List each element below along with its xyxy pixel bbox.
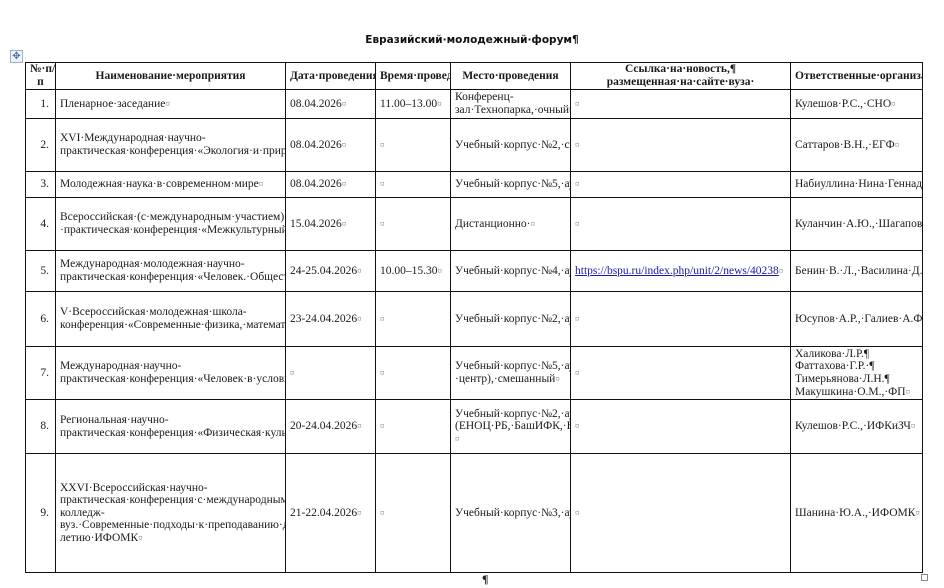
cell-date-text: 23-24.04.2026 <box>290 313 357 325</box>
header-link: Ссылка·на·новость,¶ размещенная·на·сайте… <box>571 63 791 90</box>
cell-date: 23-24.04.2026¤ <box>286 292 376 347</box>
cell-name-text: XXVI·Всероссийская·научно-практическая·к… <box>60 482 286 544</box>
cell-organizers: Куланчин·А.Ю.,·Шагапова·Г.·Р.,·ФБФ¤ <box>791 198 923 251</box>
cell-place-text: Учебный·корпус·№4,·ауд.:·5,·12,·104,·403… <box>455 265 571 277</box>
cell-date-text: 08.04.2026 <box>290 178 342 190</box>
news-link[interactable]: https://bspu.ru/index.php/unit/2/news/40… <box>575 265 779 277</box>
cell-name: Международная·молодежная·научно-практиче… <box>56 251 286 292</box>
cell-link: ¤ <box>571 119 791 172</box>
cell-organizers: Кулешов·Р.С.,·ИФКиЗЧ¤ <box>791 400 923 454</box>
cell-name: Всероссийская·(с·международным·участием)… <box>56 198 286 251</box>
cell-place: Учебный·корпус·№3,·ауд.401,·дистанционно… <box>451 454 571 573</box>
cell-num: 6. <box>26 292 56 347</box>
cell-time: 10.00–15.30¤ <box>376 251 451 292</box>
cell-end-marker: ¤ <box>437 99 442 109</box>
cell-num: 4. <box>26 198 56 251</box>
header-num: №·п/п <box>26 63 56 90</box>
cell-num-text: 7. <box>40 367 49 379</box>
header-date: Дата·проведения <box>286 63 376 90</box>
cell-link: ¤ <box>571 90 791 119</box>
cell-num: 8. <box>26 400 56 454</box>
cell-end-marker: ¤ <box>575 368 580 378</box>
cell-organizers-text: Кулешов·Р.С.,·СНО <box>795 98 891 110</box>
table-row: 2.XVI·Международная·научно-практическая·… <box>26 119 923 172</box>
cell-name: V·Всероссийская·молодежная·школа-конфере… <box>56 292 286 347</box>
cell-place: Учебный·корпус·№2,·смешанный¤ <box>451 119 571 172</box>
cell-time: 11.00–13.00¤ <box>376 90 451 119</box>
cell-end-marker: ¤ <box>555 374 560 384</box>
table-header-row: №·п/п Наименование·мероприятия Дата·пров… <box>26 63 923 90</box>
table-move-handle-icon[interactable]: ✥ <box>10 50 23 63</box>
cell-link: ¤ <box>571 198 791 251</box>
cell-end-marker: ¤ <box>438 266 443 276</box>
cell-end-marker: ¤ <box>380 421 385 431</box>
cell-time: ¤ <box>376 172 451 198</box>
cell-organizers: Халикова·Л.Р.¶ Фаттахова·Г.Р.·¶ Тимерьян… <box>791 347 923 400</box>
cell-date: 15.04.2026¤ <box>286 198 376 251</box>
cell-num-text: 1. <box>40 98 49 110</box>
cell-end-marker: ¤ <box>357 508 362 518</box>
cell-num: 5. <box>26 251 56 292</box>
cell-organizers: Шанина·Ю.А.,·ИФОМК¤ <box>791 454 923 573</box>
header-time: Время·проведения <box>376 63 451 90</box>
cell-name-text: Международная·молодежная·научно-практиче… <box>60 258 286 283</box>
cell-date-text: 21-22.04.2026 <box>290 507 357 519</box>
cell-time: ¤ <box>376 400 451 454</box>
cell-end-marker: ¤ <box>530 219 535 229</box>
cell-date: 08.04.2026¤ <box>286 90 376 119</box>
cell-end-marker: ¤ <box>575 508 580 518</box>
cell-place-text: Учебный·корпус·№2,·ауд.·202,·206,·смешан… <box>455 313 571 325</box>
document-title: Евразийский·молодежный·форум¶ <box>0 34 944 46</box>
header-name: Наименование·мероприятия <box>56 63 286 90</box>
cell-num-text: 4. <box>40 218 49 230</box>
cell-time: ¤ <box>376 347 451 400</box>
table-row: 7.Международная·научно-практическая·конф… <box>26 347 923 400</box>
cell-place-text: Учебный·корпус·№5,·ауд.·407,·смешанный <box>455 178 571 190</box>
cell-end-marker: ¤ <box>380 179 385 189</box>
header-organizers: Ответственные·организаторы <box>791 63 923 90</box>
cell-place: Учебный·корпус·№5,·ауд.·407,·смешанный¤ <box>451 172 571 198</box>
cell-place: Учебный·корпус·№4,·ауд.:·5,·12,·104,·403… <box>451 251 571 292</box>
cell-end-marker: ¤ <box>165 99 170 109</box>
events-table: №·п/п Наименование·мероприятия Дата·пров… <box>25 62 923 573</box>
table-resize-handle[interactable] <box>921 574 928 581</box>
cell-num-text: 5. <box>40 265 49 277</box>
cell-time: ¤ <box>376 292 451 347</box>
cell-end-marker: ¤ <box>342 140 347 150</box>
cell-num: 7. <box>26 347 56 400</box>
cell-end-marker: ¤ <box>380 508 385 518</box>
cell-date-text: 15.04.2026 <box>290 218 342 230</box>
cell-place: Учебный·корпус·№2,·ауд.·202,·206,·смешан… <box>451 292 571 347</box>
table-row: 4.Всероссийская·(с·международным·участие… <box>26 198 923 251</box>
cell-num-text: 8. <box>40 420 49 432</box>
cell-num: 2. <box>26 119 56 172</box>
table-row: 6.V·Всероссийская·молодежная·школа-конфе… <box>26 292 923 347</box>
cell-num-text: 3. <box>40 178 49 190</box>
cell-end-marker: ¤ <box>455 434 460 444</box>
cell-date: 08.04.2026¤ <box>286 119 376 172</box>
cell-organizers-text: Юсупов·А.Р.,·Галиев·А.Ф.,·Байбулова·Г.Ш.… <box>795 313 923 325</box>
cell-name-text: Всероссийская·(с·международным·участием)… <box>60 211 286 236</box>
cell-end-marker: ¤ <box>342 99 347 109</box>
cell-place-text: Дистанционно· <box>455 218 530 230</box>
cell-end-marker: ¤ <box>380 368 385 378</box>
cell-organizers-text: Набиуллина·Нина·Геннадьевна,·ИП <box>795 178 923 190</box>
cell-end-marker: ¤ <box>357 314 362 324</box>
cell-date: 20-24.04.2026¤ <box>286 400 376 454</box>
table-row: 5.Международная·молодежная·научно-практи… <box>26 251 923 292</box>
cell-end-marker: ¤ <box>915 508 920 518</box>
cell-name: XVI·Международная·научно-практическая·ко… <box>56 119 286 172</box>
cell-time: ¤ <box>376 198 451 251</box>
cell-time: ¤ <box>376 454 451 573</box>
cell-num-text: 9. <box>40 507 49 519</box>
cell-end-marker: ¤ <box>138 533 143 543</box>
cell-end-marker: ¤ <box>895 140 900 150</box>
table-row: 8.Региональная·научно-практическая·конфе… <box>26 400 923 454</box>
cell-num: 9. <box>26 454 56 573</box>
cell-date-text: 24-25.04.2026 <box>290 265 357 277</box>
cell-end-marker: ¤ <box>575 421 580 431</box>
cell-link: ¤ <box>571 292 791 347</box>
cell-num-text: 6. <box>40 313 49 325</box>
cell-end-marker: ¤ <box>911 421 916 431</box>
cell-place: Учебный·корпус·№2,·ауд.·106,·очно¶ (ЕНОЦ… <box>451 400 571 454</box>
cell-place: Учебный·корпус·№5,·ауд.·200·(коворкинг-·… <box>451 347 571 400</box>
cell-date: 24-25.04.2026¤ <box>286 251 376 292</box>
cell-name-text: Международная·научно-практическая·конфер… <box>60 360 286 385</box>
table-row: 9.XXVI·Всероссийская·научно-практическая… <box>26 454 923 573</box>
cell-time-text: 10.00–15.30 <box>380 265 438 277</box>
cell-date: 08.04.2026¤ <box>286 172 376 198</box>
paragraph-mark: ¶ <box>482 572 488 587</box>
cell-name-text: Молодежная·наука·в·современном·мире <box>60 178 259 190</box>
cell-end-marker: ¤ <box>357 266 362 276</box>
cell-place-text: Конференц-зал·Технопарка,·очный <box>455 91 569 116</box>
cell-date: 21-22.04.2026¤ <box>286 454 376 573</box>
cell-date-text: 08.04.2026 <box>290 139 342 151</box>
cell-end-marker: ¤ <box>380 140 385 150</box>
cell-date: ¤ <box>286 347 376 400</box>
cell-organizers-text: Бенин·В.·Л.,·Василина·Д.С.,·Гильмиянова·… <box>795 265 923 277</box>
cell-end-marker: ¤ <box>575 140 580 150</box>
cell-place-text: Учебный·корпус·№2,·ауд.·106,·очно¶ (ЕНОЦ… <box>455 408 571 433</box>
cell-name-text: XVI·Международная·научно-практическая·ко… <box>60 132 286 157</box>
cell-organizers: Набиуллина·Нина·Геннадьевна,·ИП¤ <box>791 172 923 198</box>
cell-link: ¤ <box>571 454 791 573</box>
cell-end-marker: ¤ <box>575 179 580 189</box>
cell-end-marker: ¤ <box>380 219 385 229</box>
cell-end-marker: ¤ <box>342 179 347 189</box>
table-row: 3.Молодежная·наука·в·современном·мире¤08… <box>26 172 923 198</box>
cell-place: Дистанционно·¤ <box>451 198 571 251</box>
cell-end-marker: ¤ <box>779 266 784 276</box>
cell-num: 1. <box>26 90 56 119</box>
cell-link: ¤ <box>571 400 791 454</box>
cell-name: Молодежная·наука·в·современном·мире¤ <box>56 172 286 198</box>
cell-name-text: Региональная·научно-практическая·конфере… <box>60 414 286 439</box>
cell-end-marker: ¤ <box>575 99 580 109</box>
cell-link: ¤ <box>571 172 791 198</box>
cell-name: Пленарное·заседание¤ <box>56 90 286 119</box>
cell-name: XXVI·Всероссийская·научно-практическая·к… <box>56 454 286 573</box>
cell-end-marker: ¤ <box>575 314 580 324</box>
cell-date-text: 08.04.2026 <box>290 98 342 110</box>
cell-end-marker: ¤ <box>259 179 264 189</box>
cell-organizers-text: Халикова·Л.Р.¶ Фаттахова·Г.Р.·¶ Тимерьян… <box>795 348 906 398</box>
cell-organizers-text: Шанина·Ю.А.,·ИФОМК <box>795 507 915 519</box>
cell-place-text: Учебный·корпус·№5,·ауд.·200·(коворкинг-·… <box>455 360 571 385</box>
cell-end-marker: ¤ <box>380 314 385 324</box>
table-row: 1.Пленарное·заседание¤08.04.2026¤11.00–1… <box>26 90 923 119</box>
cell-organizers: Бенин·В.·Л.,·Василина·Д.С.,·Гильмиянова·… <box>791 251 923 292</box>
cell-organizers: Юсупов·А.Р.,·Галиев·А.Ф.,·Байбулова·Г.Ш.… <box>791 292 923 347</box>
cell-name-text: Пленарное·заседание <box>60 98 165 110</box>
cell-end-marker: ¤ <box>906 387 911 397</box>
cell-organizers-text: Куланчин·А.Ю.,·Шагапова·Г.·Р.,·ФБФ <box>795 218 923 230</box>
cell-place: Конференц-зал·Технопарка,·очный¤ <box>451 90 571 119</box>
cell-place-text: Учебный·корпус·№2,·смешанный <box>455 139 571 151</box>
cell-link: ¤ <box>571 347 791 400</box>
cell-date-text: 20-24.04.2026 <box>290 420 357 432</box>
cell-end-marker: ¤ <box>891 99 896 109</box>
cell-num-text: 2. <box>40 139 49 151</box>
cell-end-marker: ¤ <box>290 368 295 378</box>
cell-organizers: Саттаров·В.Н.,·ЕГФ¤ <box>791 119 923 172</box>
cell-time-text: 11.00–13.00 <box>380 98 437 110</box>
cell-end-marker: ¤ <box>342 219 347 229</box>
cell-organizers-text: Саттаров·В.Н.,·ЕГФ <box>795 139 895 151</box>
cell-name: Региональная·научно-практическая·конфере… <box>56 400 286 454</box>
cell-end-marker: ¤ <box>575 219 580 229</box>
cell-organizers: Кулешов·Р.С.,·СНО¤ <box>791 90 923 119</box>
cell-link: https://bspu.ru/index.php/unit/2/news/40… <box>571 251 791 292</box>
cell-name-text: V·Всероссийская·молодежная·школа-конфере… <box>60 306 286 331</box>
header-place: Место·проведения <box>451 63 571 90</box>
cell-place-text: Учебный·корпус·№3,·ауд.401,·дистанционно… <box>455 507 571 519</box>
cell-end-marker: ¤ <box>357 421 362 431</box>
cell-name: Международная·научно-практическая·конфер… <box>56 347 286 400</box>
cell-time: ¤ <box>376 119 451 172</box>
cell-num: 3. <box>26 172 56 198</box>
cell-organizers-text: Кулешов·Р.С.,·ИФКиЗЧ <box>795 420 911 432</box>
